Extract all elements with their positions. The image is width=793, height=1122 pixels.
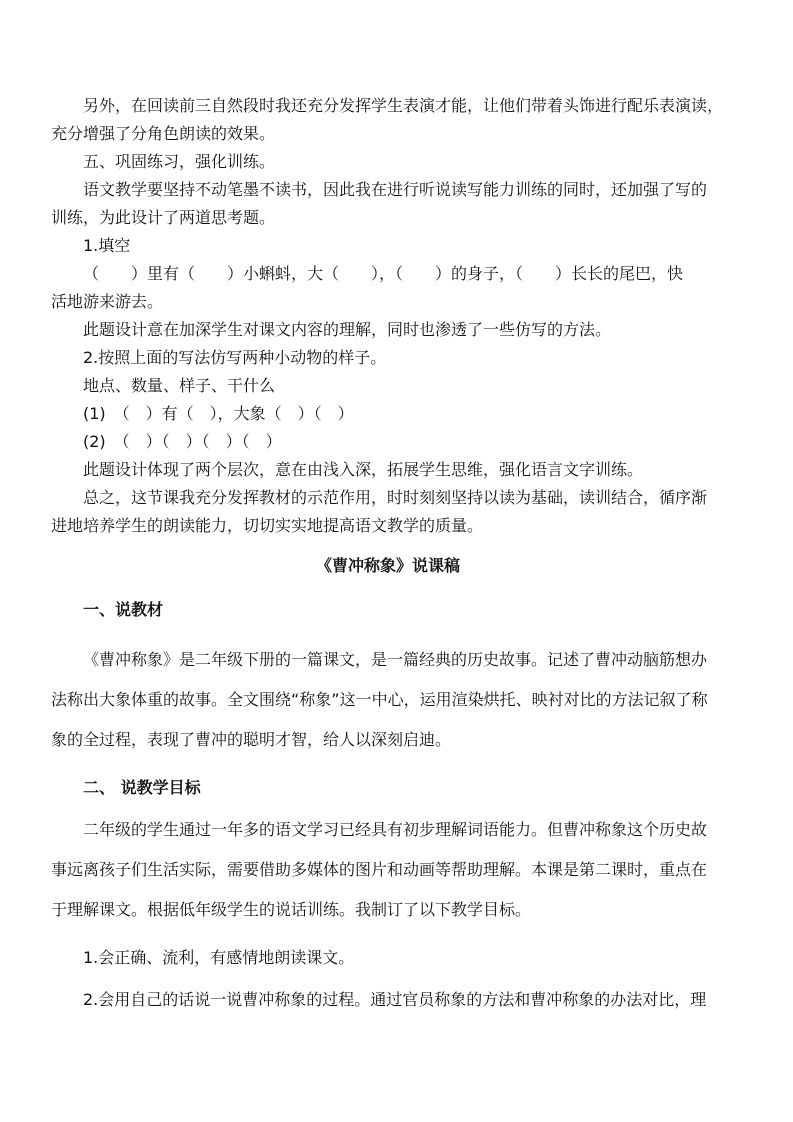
heading-shuo-jiaocai: 一、说教材 — [51, 596, 725, 624]
lesson-script-section-1: 另外，在回读前三自然段时我还充分发挥学生表演才能，让他们带着头饰进行配乐表演读，… — [51, 92, 725, 540]
text-line: 总之，这节课我充分发挥教材的示范作用，时时刻刻坚持以读为基础，读训结合，循序渐 — [51, 484, 725, 512]
text-line: 此题设计体现了两个层次，意在由浅入深，拓展学生思维，强化语言文字训练。 — [51, 456, 725, 484]
heading-jiaoxue-mubiao: 二、 说教学目标 — [51, 774, 725, 802]
text-line: 事远离孩子们生活实际，需要借助多媒体的图片和动画等帮助理解。本课是第二课时，重点… — [51, 850, 725, 890]
exercise-1-label: 1.填空 — [51, 232, 725, 260]
text-line: 进地培养学生的朗读能力，切切实实地提高语文教学的质量。 — [51, 512, 725, 540]
text-line: 于理解课文。根据低年级学生的说话训练。我制订了以下教学目标。 — [51, 890, 725, 930]
fill-blank-line: （ ）里有（ ）小蝌蚪，大（ ），（ ）的身子，（ ）长长的尾巴，快 — [51, 260, 725, 288]
document-page: 另外，在回读前三自然段时我还充分发挥学生表演才能，让他们带着头饰进行配乐表演读，… — [0, 0, 793, 1122]
text-line: 另外，在回读前三自然段时我还充分发挥学生表演才能，让他们带着头饰进行配乐表演读， — [51, 92, 725, 120]
fill-blank-line: 活地游来游去。 — [51, 288, 725, 316]
document-title: 《曹冲称象》说课稿 — [51, 552, 725, 580]
text-line: 《曹冲称象》是二年级下册的一篇课文，是一篇经典的历史故事。记述了曹冲动脑筋想办 — [51, 640, 725, 680]
text-line: 训练，为此设计了两道思考题。 — [51, 204, 725, 232]
section-heading-line: 五、巩固练习，强化训练。 — [51, 148, 725, 176]
text-line: 此题设计意在加深学生对课文内容的理解，同时也渗透了一些仿写的方法。 — [51, 316, 725, 344]
paragraph-teaching-goals: 二年级的学生通过一年多的语文学习已经具有初步理解词语能力。但曹冲称象这个历史故 … — [51, 810, 725, 930]
lesson-script-section-2: 一、说教材 《曹冲称象》是二年级下册的一篇课文，是一篇经典的历史故事。记述了曹冲… — [51, 596, 725, 1020]
text-line: 充分增强了分角色朗读的效果。 — [51, 120, 725, 148]
fill-blank-line: (2) （ ）（ ）（ ）（ ） — [51, 428, 725, 456]
text-line: 法称出大象体重的故事。全文围绕“称象”这一中心，运用渲染烘托、映衬对比的方法记叙… — [51, 680, 725, 720]
exercise-2-label: 2.按照上面的写法仿写两种小动物的样子。 — [51, 344, 725, 372]
paragraph-teaching-material: 《曹冲称象》是二年级下册的一篇课文，是一篇经典的历史故事。记述了曹冲动脑筋想办 … — [51, 640, 725, 760]
text-line: 语文教学要坚持不动笔墨不读书，因此我在进行听说读写能力训练的同时，还加强了写的 — [51, 176, 725, 204]
text-line: 地点、数量、样子、干什么 — [51, 372, 725, 400]
goal-item-1: 1.会正确、流利，有感情地朗读课文。 — [51, 938, 725, 978]
goal-item-2: 2.会用自己的话说一说曹冲称象的过程。通过官员称象的方法和曹冲称象的办法对比，理 — [51, 980, 725, 1020]
text-line: 象的全过程，表现了曹冲的聪明才智，给人以深刻启迪。 — [51, 720, 725, 760]
text-line: 二年级的学生通过一年多的语文学习已经具有初步理解词语能力。但曹冲称象这个历史故 — [51, 810, 725, 850]
fill-blank-line: (1) （ ）有（ ），大象（ ）（ ） — [51, 400, 725, 428]
